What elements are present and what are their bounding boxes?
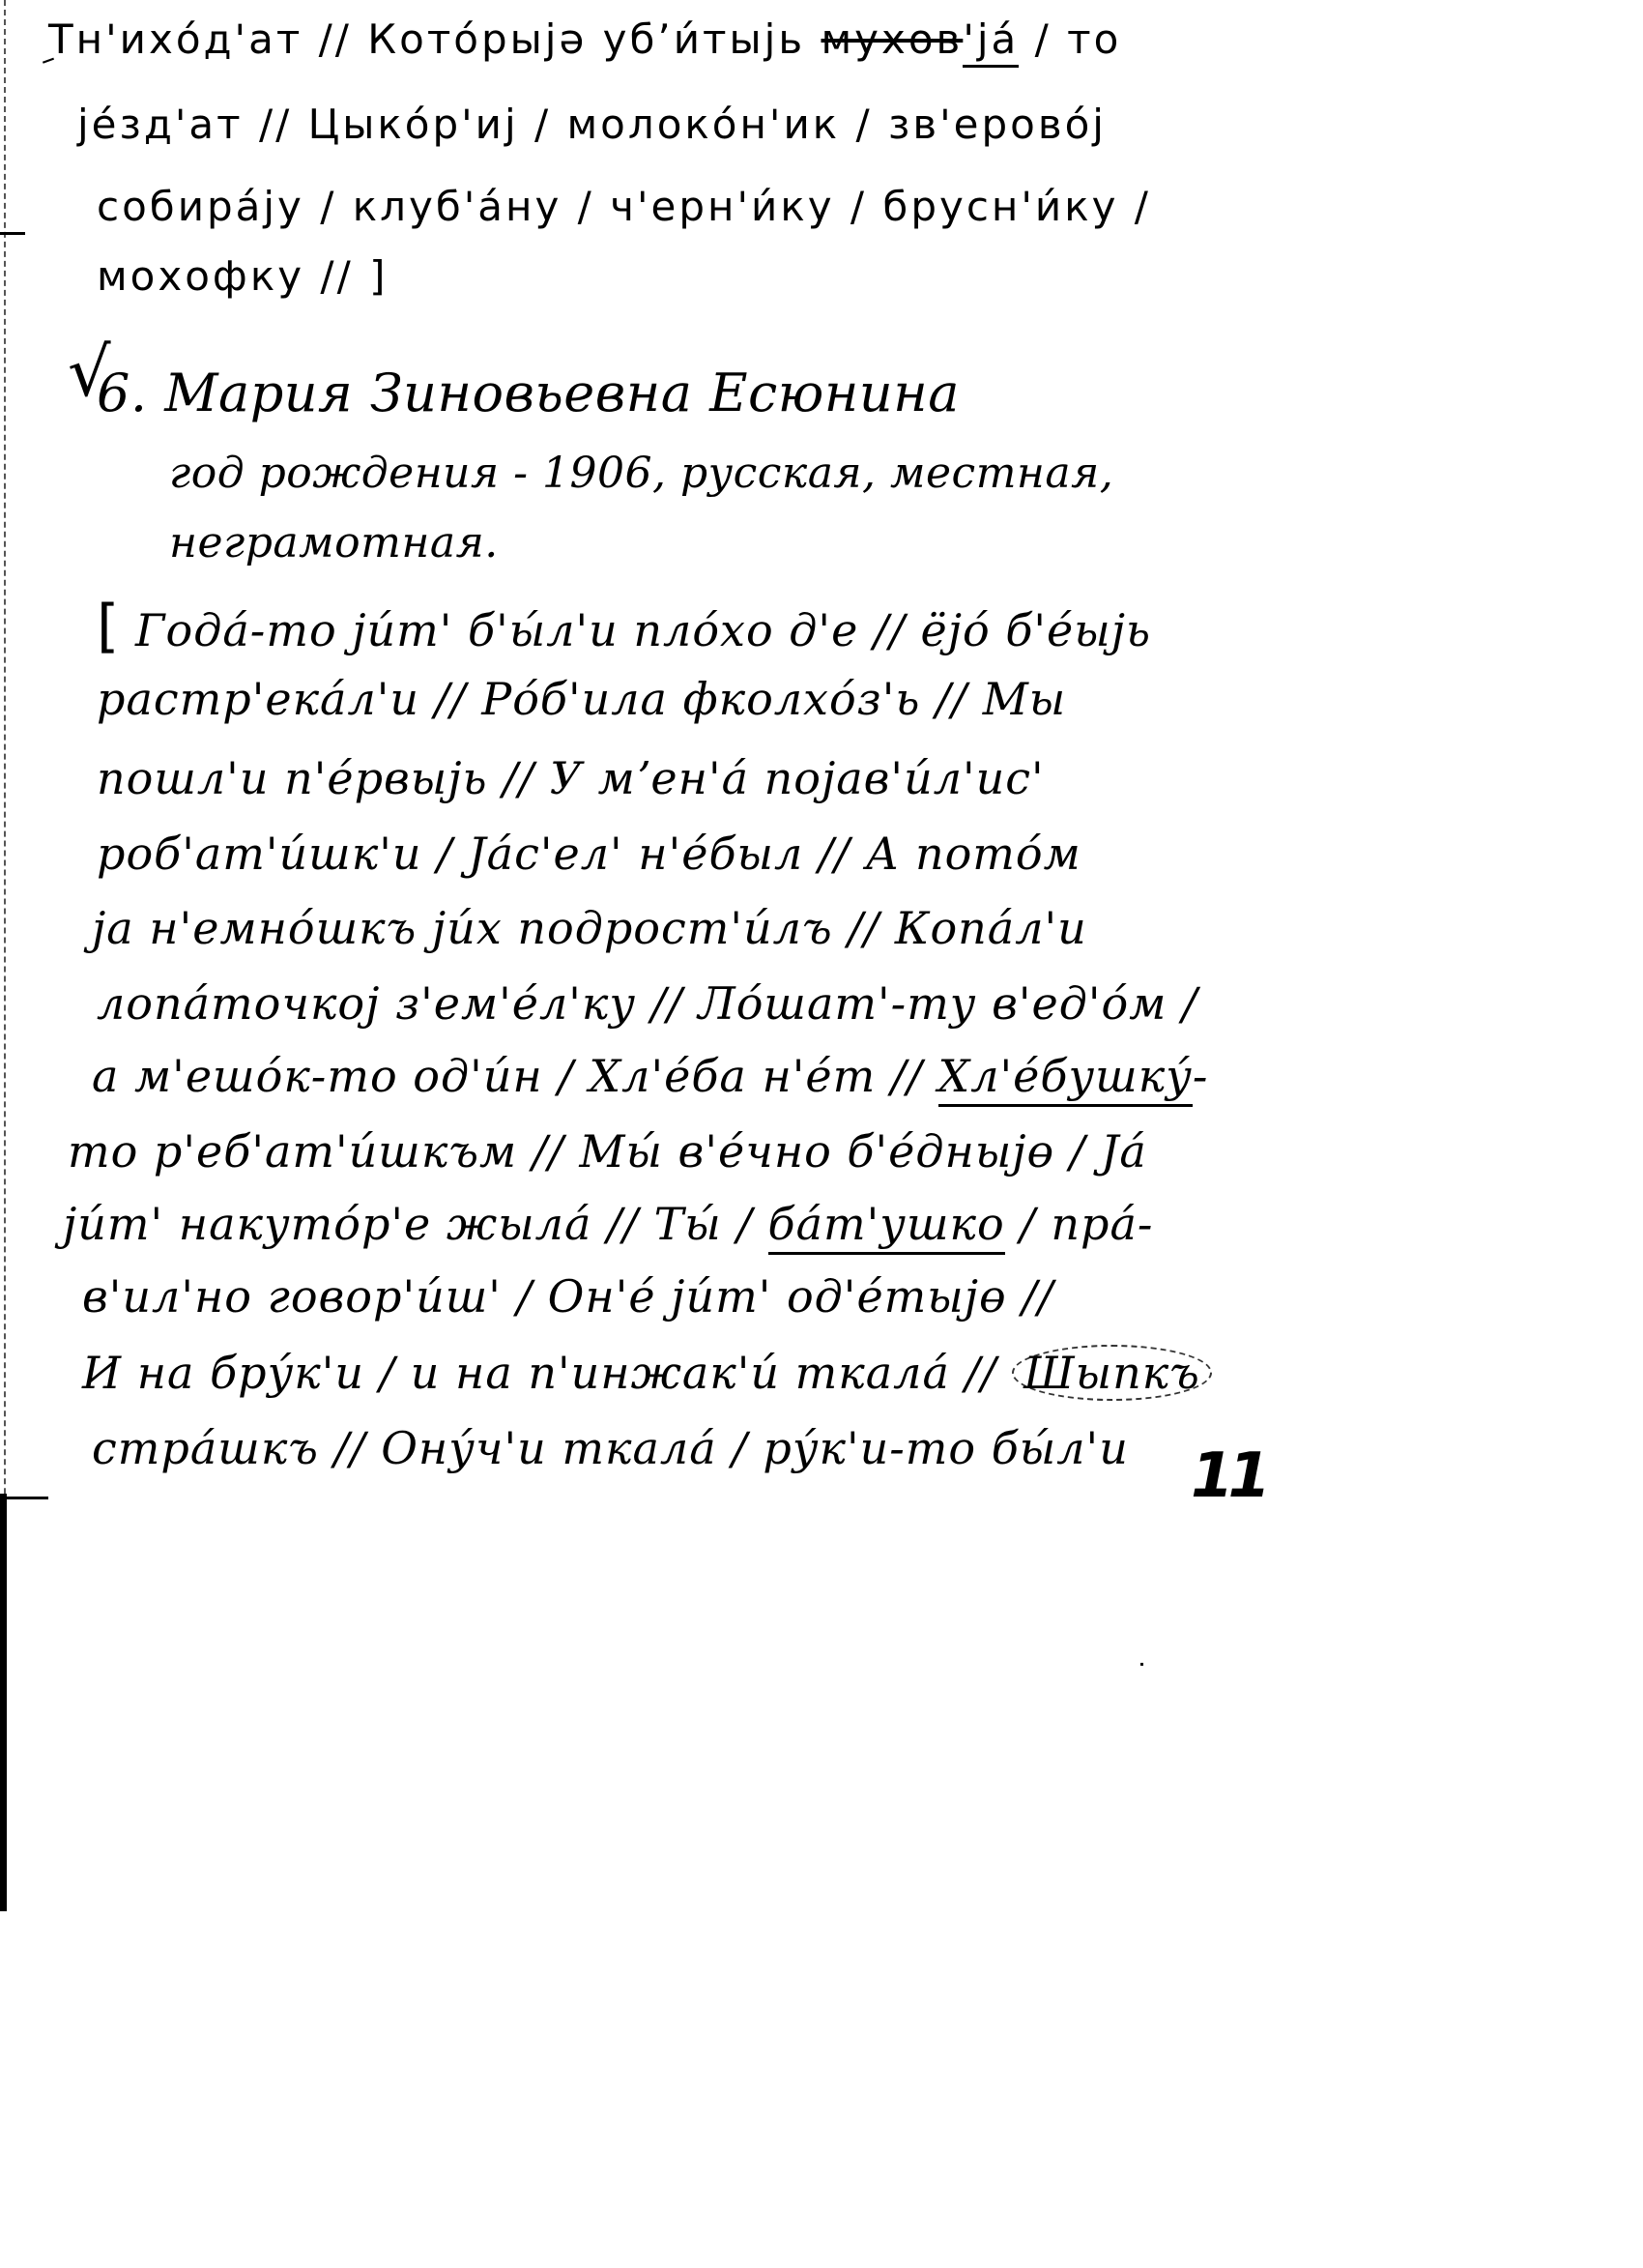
transcript-line-7: а м'ешо́к-то од'и́н / Хл'е́ба н'е́т // Х… xyxy=(92,1054,1208,1098)
continuation-line-3: собира́ју / клуб'а́ну / ч'ерн'и́ку / бру… xyxy=(97,187,1151,227)
transcript-line-5: ја н'емно́шкъ ји́х подрост'и́лъ // Копа́… xyxy=(92,906,1087,950)
transcript-line-10: в'ил'но говор'и́ш' / Он'е́ ји́т' од'е́ты… xyxy=(82,1274,1053,1319)
line-part: / то xyxy=(1019,15,1121,63)
line-part: И на бру́к'и / и на п'инжак'и́ ткала́ // xyxy=(82,1347,1012,1399)
line-part: ји́т' накуто́р'е жыла́ // Ты́ / xyxy=(63,1198,768,1250)
line-part: / пра́- xyxy=(1005,1198,1154,1250)
open-bracket: [ xyxy=(97,593,120,660)
scanned-page: – Тн'ихо́д'ат // Кото́рыјә убʼи́тыјь мух… xyxy=(0,0,1643,2268)
margin-bar xyxy=(0,1494,7,1911)
transcript-line-4: роб'ат'и́шк'и / Ја́с'ел' н'е́был // А по… xyxy=(97,831,1081,876)
speaker-name: Мария Зиновьевна Есюнина xyxy=(164,363,960,423)
underlined-word: 'ја́ xyxy=(963,15,1019,68)
speaker-heading: 6. Мария Зиновьевна Есюнина xyxy=(97,367,960,420)
struck-word: мухов xyxy=(821,15,963,63)
transcript-line-12: стра́шкъ // Ону́ч'и ткала́ / ру́к'и-то б… xyxy=(92,1426,1129,1470)
underlined-word: ба́т'ушко xyxy=(768,1198,1005,1255)
transcript-line-6: лопа́точкој з'ем'е́л'ку // Ло́шат'-ту в'… xyxy=(97,981,1198,1026)
transcript-line-3: пошл'и п'е́рвыјь // У мʼен'а́ појав'и́л'… xyxy=(97,756,1045,800)
transcript-line-2: растр'ека́л'и // Ро́б'ила фколхо́з'ь // … xyxy=(97,677,1066,721)
speck xyxy=(1140,1663,1143,1666)
speaker-info-line-1: год рождения - 1906, русская, местная, xyxy=(169,452,1113,495)
transcript-line-11: И на бру́к'и / и на п'инжак'и́ ткала́ //… xyxy=(82,1351,1212,1395)
line-text: Года́-то ји́т' б'ы́л'и пло́хо д'е // ёјо… xyxy=(135,604,1151,656)
speaker-number: 6. xyxy=(97,363,148,423)
continuation-line-1: Тн'ихо́д'ат // Кото́рыјә убʼи́тыјь мухов… xyxy=(48,19,1121,60)
margin-tick xyxy=(0,1497,48,1499)
continuation-line-2: је́зд'ат // Цыко́р'иј / молоко́н'ик / зв… xyxy=(77,104,1107,145)
margin-tick xyxy=(0,232,25,235)
line-part: в'ил'но говор'и́ш' / Он'е́ ји́т' од'е́ты… xyxy=(82,1270,1053,1323)
circled-word: Шыпкъ xyxy=(1012,1345,1212,1401)
transcript-line-8: то р'еб'ат'и́шкъм // Мы́ в'е́чно б'е́дны… xyxy=(68,1129,1147,1174)
transcript-line-9: ји́т' накуто́р'е жыла́ // Ты́ / ба́т'ушк… xyxy=(63,1202,1153,1246)
continuation-line-4: мохофку // ] xyxy=(97,256,388,297)
page-number: 11 xyxy=(1191,1440,1265,1512)
line-part: - xyxy=(1193,1050,1209,1102)
transcript-line-1: [ Года́-то ји́т' б'ы́л'и пло́хо д'е // ё… xyxy=(97,597,1151,655)
underlined-word: Хл'е́бушку́ xyxy=(938,1050,1193,1107)
line-part: Тн'ихо́д'ат // Кото́рыјә убʼи́тыјь xyxy=(48,15,821,63)
line-part: а м'ешо́к-то од'и́н / Хл'е́ба н'е́т // xyxy=(92,1050,938,1102)
speaker-info-line-2: неграмотная. xyxy=(169,522,499,565)
